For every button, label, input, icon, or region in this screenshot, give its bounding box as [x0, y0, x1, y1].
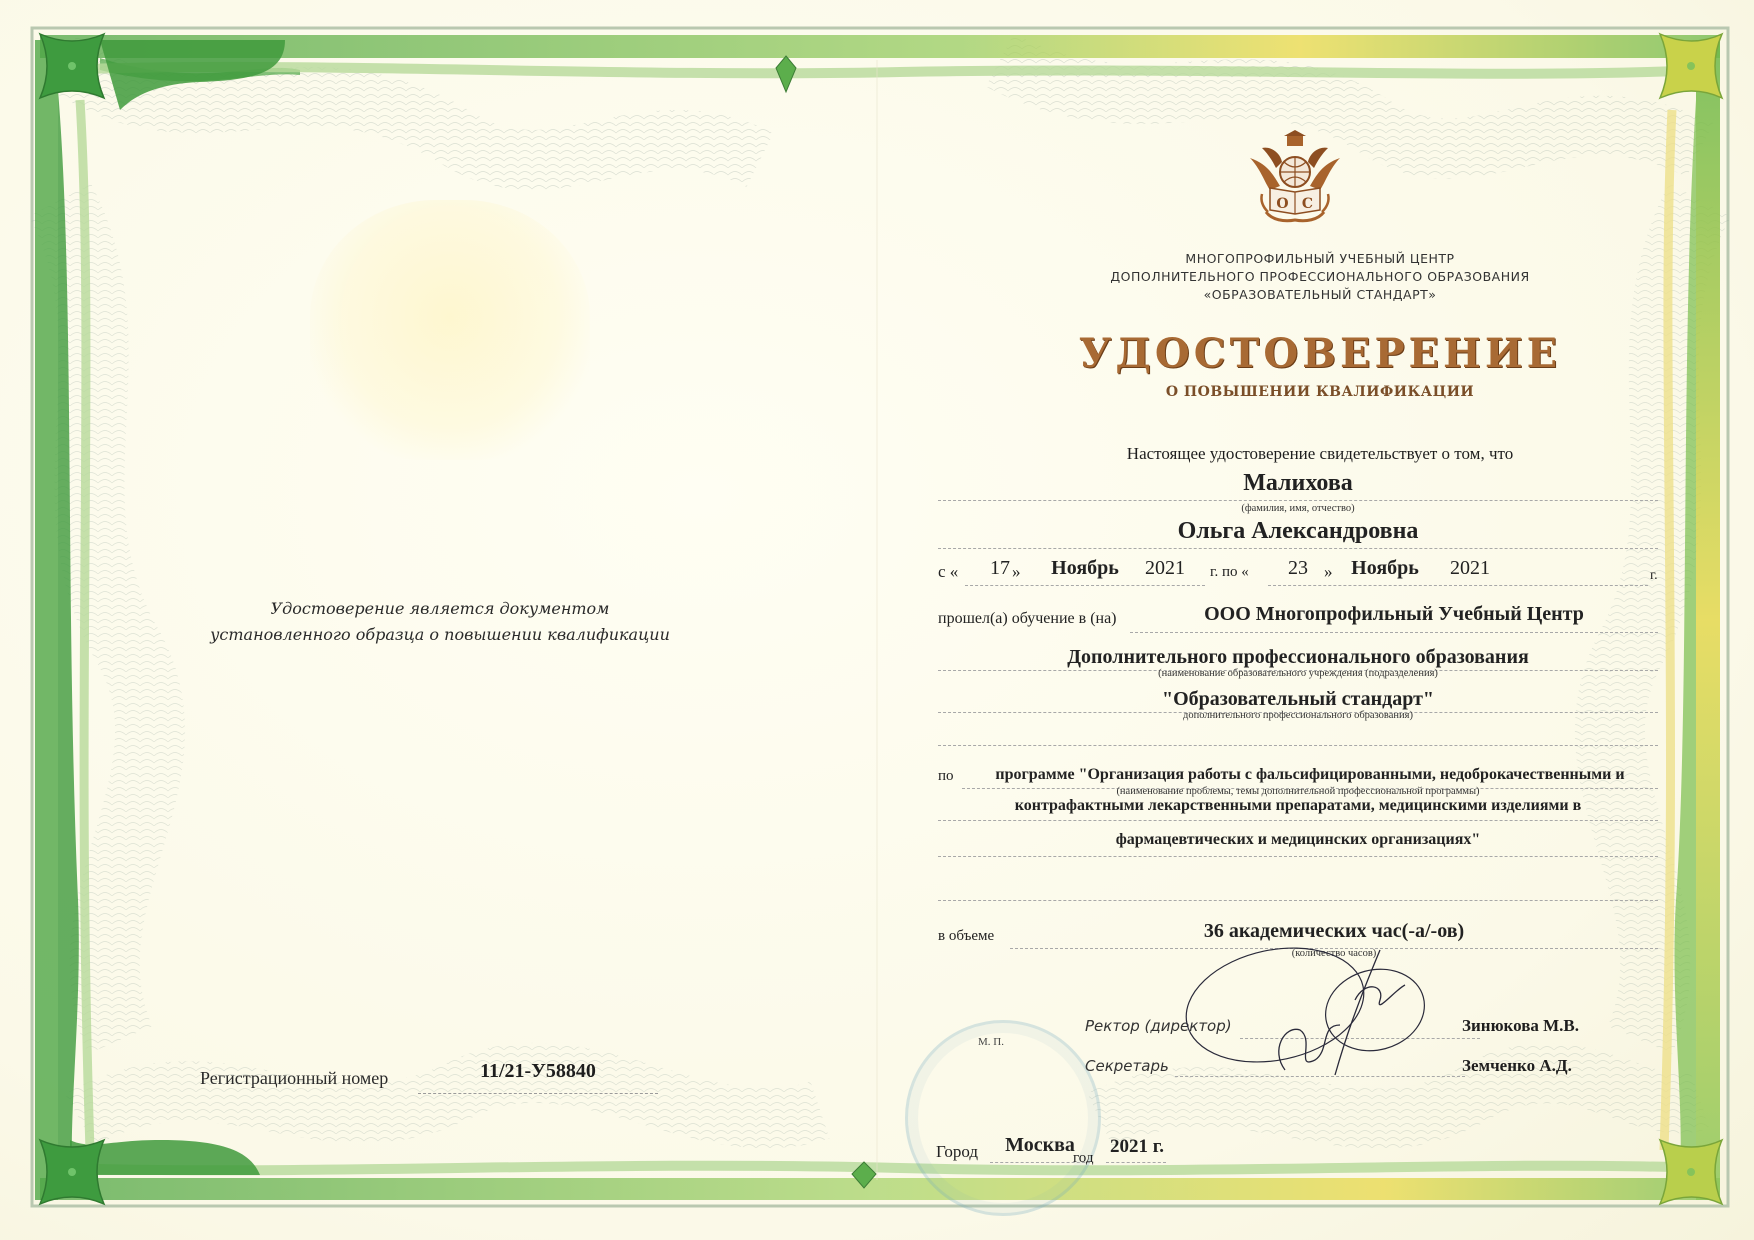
institution-line-2: Дополнительного профессионального образо… [938, 646, 1658, 669]
certificate-title: УДОСТОВЕРЕНИЕ [1040, 330, 1600, 377]
year-label: год [1073, 1150, 1093, 1167]
registration-number: 11/21-У58840 [418, 1060, 658, 1083]
stamp-place-label: М. П. [978, 1036, 1004, 1048]
to-month: Ноябрь [1340, 557, 1430, 580]
note-line-2: установленного образца о повышении квали… [190, 622, 690, 648]
period-to-prefix: г. по « [1210, 564, 1249, 581]
secretary-name: Земченко А.Д. [1462, 1056, 1572, 1076]
from-year: 2021 [1135, 557, 1195, 580]
period-from-underline [965, 585, 1205, 586]
given-names-underline [938, 548, 1658, 549]
from-day-suffix: » [1012, 562, 1021, 582]
corner-ornament-bottom-left [40, 1140, 104, 1204]
program-line-1: программе "Организация работы с фальсифи… [962, 766, 1658, 784]
program-line-2: контрафактными лекарственными препаратам… [938, 797, 1658, 815]
org-line-1: МНОГОПРОФИЛЬНЫЙ УЧЕБНЫЙ ЦЕНТР [1040, 250, 1600, 268]
org-line-2: ДОПОЛНИТЕЛЬНОГО ПРОФЕССИОНАЛЬНОГО ОБРАЗО… [1040, 268, 1600, 286]
to-day-suffix: » [1324, 562, 1333, 582]
year-underline [1106, 1162, 1166, 1163]
trained-label: прошел(а) обучение в (на) [938, 610, 1117, 628]
corner-ornament-top-right [1660, 34, 1722, 98]
org-line-3: «ОБРАЗОВАТЕЛЬНЫЙ СТАНДАРТ» [1040, 286, 1600, 304]
institution-underline-1 [1130, 632, 1658, 633]
program-line-3: фармацевтических и медицинских организац… [938, 831, 1658, 849]
rector-name: Зинюкова М.В. [1462, 1016, 1579, 1036]
to-year: 2021 [1440, 557, 1500, 580]
period-from-prefix: с « [938, 562, 958, 582]
document-status-note: Удостоверение является документом устано… [190, 596, 690, 648]
handwritten-signatures [1180, 930, 1440, 1090]
registration-underline [418, 1093, 658, 1094]
surname-value: Малихова [938, 470, 1658, 497]
from-day: 17 [985, 557, 1015, 580]
program-hint: (наименование проблемы, темы дополнитель… [938, 786, 1658, 797]
program-underline-3 [938, 856, 1658, 857]
surname-underline [938, 500, 1658, 501]
note-line-1: Удостоверение является документом [190, 596, 690, 622]
volume-label: в объеме [938, 928, 994, 945]
corner-ornament-top-left [40, 34, 104, 98]
program-label: по [938, 768, 954, 785]
institution-line-1: ООО Многопрофильный Учебный Центр [1130, 603, 1658, 626]
svg-text:С: С [1302, 196, 1313, 212]
blank-underline-2 [938, 900, 1658, 901]
program-underline-2 [938, 820, 1658, 821]
secretary-role: Секретарь [1085, 1057, 1169, 1075]
institution-line-3: "Образовательный стандарт" [938, 688, 1658, 711]
blank-underline-1 [938, 745, 1658, 746]
city-label: Город [936, 1142, 978, 1162]
from-month: Ноябрь [1045, 557, 1125, 580]
to-day: 23 [1278, 557, 1318, 580]
period-suffix: г. [1650, 568, 1658, 584]
eagle-watermark [310, 200, 590, 460]
registration-label: Регистрационный номер [200, 1068, 388, 1089]
certificate-sheet: Удостоверение является документом устано… [0, 0, 1754, 1240]
year-value: 2021 г. [1110, 1136, 1190, 1158]
intro-text: Настоящее удостоверение свидетельствует … [1040, 444, 1600, 464]
institution-hint-1: (наименование образовательного учреждени… [938, 668, 1658, 679]
official-stamp [905, 1020, 1101, 1216]
svg-text:О: О [1276, 196, 1288, 212]
given-names-value: Ольга Александровна [938, 518, 1658, 545]
organization-name: МНОГОПРОФИЛЬНЫЙ УЧЕБНЫЙ ЦЕНТР ДОПОЛНИТЕЛ… [1040, 250, 1600, 304]
corner-ornament-bottom-right [1660, 1140, 1722, 1204]
institution-hint-2: дополнительного профессионального образо… [938, 710, 1658, 721]
name-hint: (фамилия, имя, отчество) [938, 503, 1658, 514]
double-headed-eagle-emblem-icon: О С [1240, 128, 1350, 228]
period-to-underline [1268, 585, 1648, 586]
certificate-subtitle: О ПОВЫШЕНИИ КВАЛИФИКАЦИИ [1040, 384, 1600, 400]
